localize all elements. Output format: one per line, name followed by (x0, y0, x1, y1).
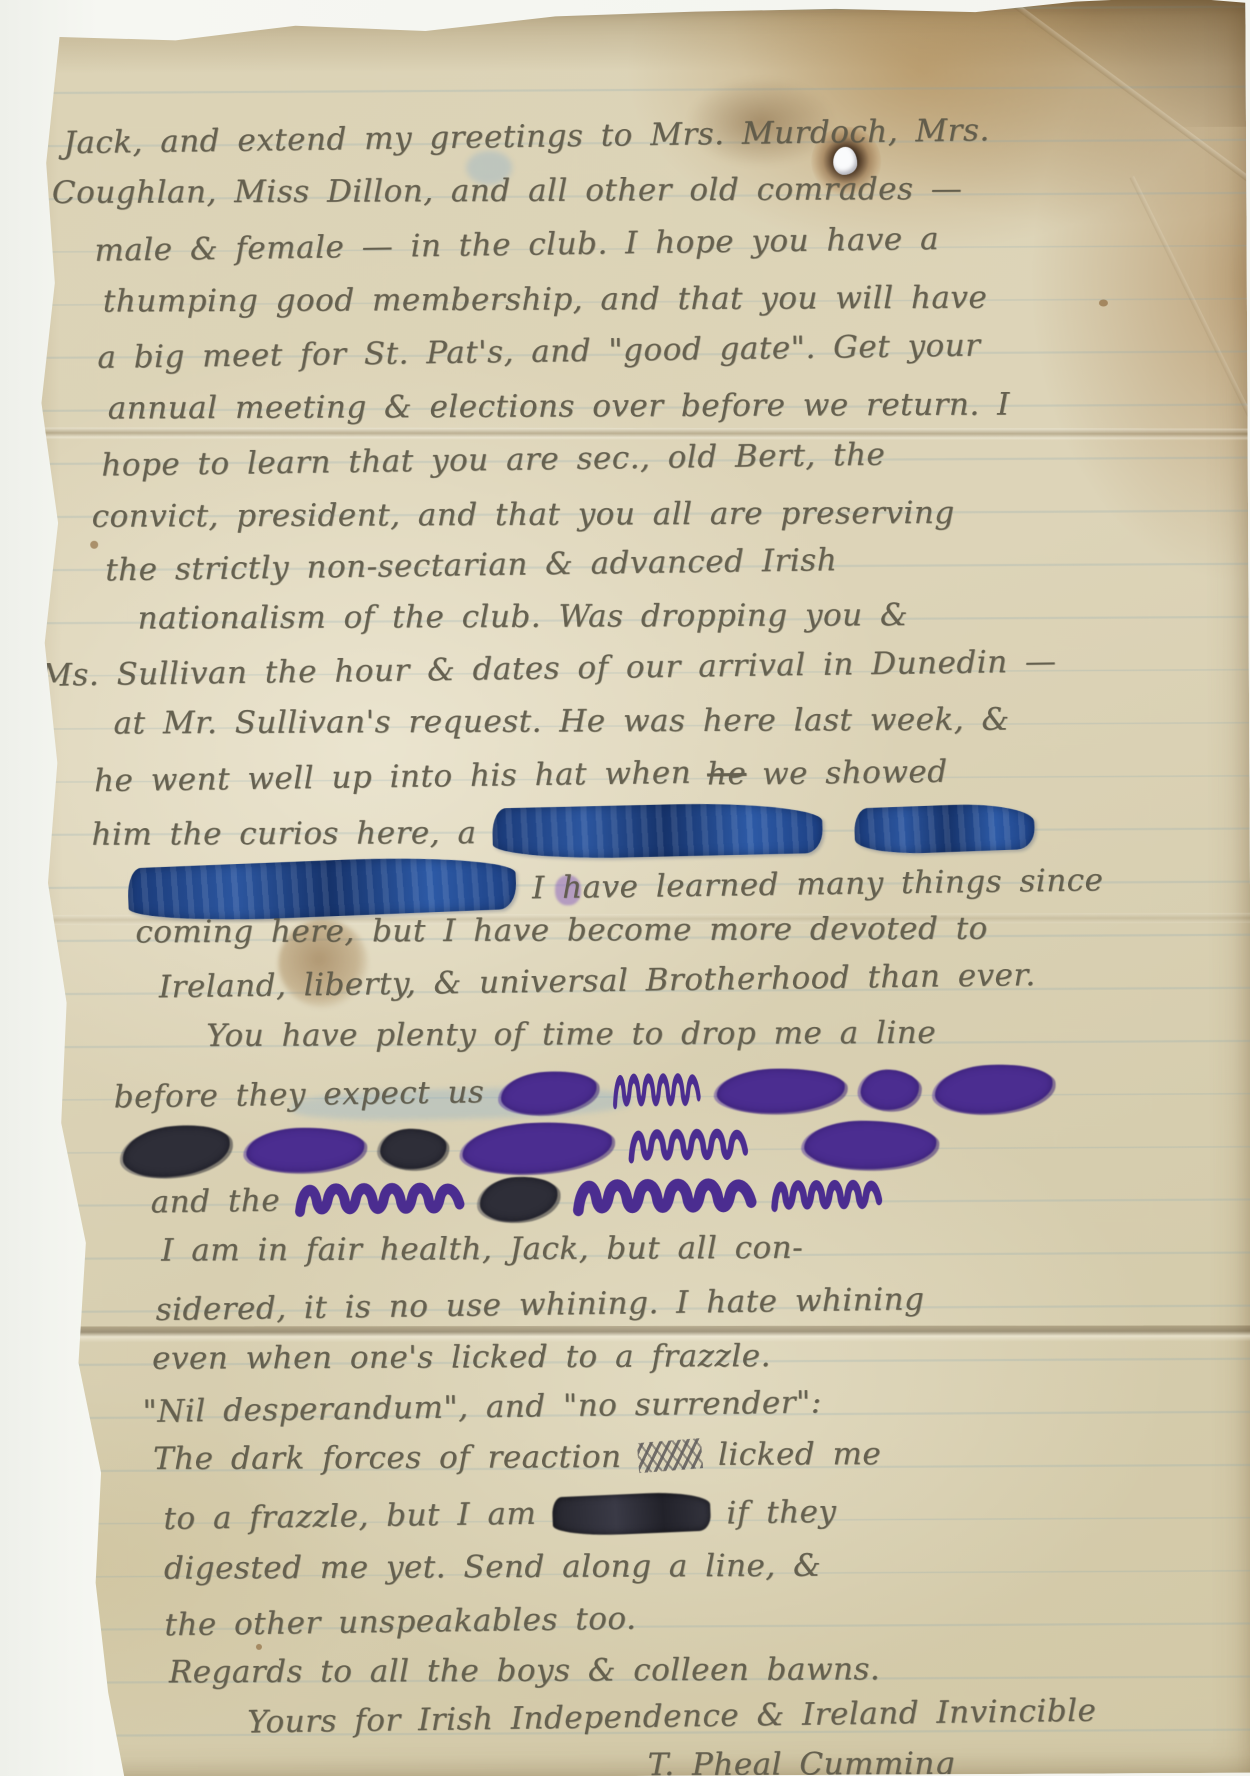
line-text: the other unspeakables too. (164, 1601, 636, 1644)
line-text: even when one's licked to a frazzle. (152, 1338, 771, 1377)
line-text: sidered, it is no use whining. I hate wh… (155, 1281, 924, 1328)
line-text: Coughlan, Miss Dillon, and all other old… (52, 171, 963, 211)
letter-line: at Mr. Sullivan's request. He was here l… (113, 700, 1009, 744)
letter-line: male & female — in the club. I hope you … (94, 223, 939, 266)
letter-line: the other unspeakables too. (164, 1602, 636, 1642)
letter-line: the strictly non-sectarian & advanced Ir… (105, 544, 837, 586)
letter-paper: Jack, and extend my greetings to Mrs. Mu… (0, 0, 1250, 1776)
letter-line: sidered, it is no use whining. I hate wh… (155, 1283, 924, 1326)
censor-bar-blue-ink (854, 801, 1036, 855)
line-text: You have plenty of time to drop me a lin… (206, 1015, 936, 1054)
line-text: he went well up into his hat when (94, 755, 692, 799)
crossed-out-word-scratch (636, 1438, 702, 1473)
line-text: the strictly non-sectarian & advanced Ir… (105, 542, 837, 588)
letter-line: digested me yet. Send along a line, & (164, 1546, 822, 1588)
letter-line: The dark forces of reaction licked me (153, 1436, 881, 1478)
line-text: at Mr. Sullivan's request. He was here l… (113, 702, 1009, 742)
letter-line: "Nil desperandum", and "no surrender": (142, 1386, 822, 1428)
line-text: Regards to all the boys & colleen bawns. (169, 1651, 881, 1690)
line-text: male & female — in the club. I hope you … (94, 221, 939, 269)
censor-scribble-purple (499, 1069, 597, 1117)
line-text: "Nil desperandum", and "no surrender": (142, 1385, 822, 1430)
censor-scribble-loops (612, 1068, 700, 1115)
line-text: I have learned many things since (532, 862, 1104, 906)
censor-scribble-loops (296, 1179, 464, 1220)
letter-line: Yours for Irish Independence & Ireland I… (247, 1695, 1096, 1738)
line-text: convict, president, and that you all are… (92, 495, 955, 535)
line-text: nationalism of the club. Was dropping yo… (138, 597, 909, 636)
letter-line: Ms. Sullivan the hour & dates of our arr… (40, 646, 1057, 691)
letter-line: hope to learn that you are sec., old Ber… (101, 439, 885, 482)
letter-line: thumping good membership, and that you w… (103, 278, 988, 322)
censor-scribble-black (479, 1175, 560, 1224)
letter-line: convict, president, and that you all are… (92, 493, 955, 537)
letter-line: I am in fair health, Jack, but all con- (161, 1228, 803, 1270)
letter-line: annual meeting & elections over before w… (108, 385, 1010, 429)
letter-line (122, 1119, 936, 1176)
letter-line: Jack, and extend my greetings to Mrs. Mu… (63, 115, 990, 159)
letter-line: before they expect us (114, 1064, 1053, 1120)
censor-blotch-black-ink (551, 1491, 711, 1538)
scanned-letter: Jack, and extend my greetings to Mrs. Mu… (0, 0, 1250, 1776)
line-text: him the curios here, a (91, 815, 476, 853)
line-text: before they expect us (114, 1074, 485, 1115)
line-text: I am in fair health, Jack, but all con- (161, 1230, 803, 1269)
censor-scribble-loops (772, 1177, 882, 1216)
letter-line: him the curios here, a (91, 801, 1034, 861)
censor-scribble-purple (859, 1068, 919, 1111)
line-text: The dark forces of reaction (153, 1439, 622, 1477)
censor-bar-blue-ink (492, 801, 823, 860)
line-text: Jack, and extend my greetings to Mrs. Mu… (63, 112, 990, 161)
letter-line: a big meet for St. Pat's, and "good gate… (97, 330, 980, 374)
line-text: Ireland, liberty, & universal Brotherhoo… (159, 957, 1036, 1005)
censor-scribble-loops (574, 1175, 756, 1221)
line-text: to a frazzle, but I am (163, 1496, 536, 1537)
letter-line: he went well up into his hat when he we … (94, 754, 948, 797)
letter-line: Coughlan, Miss Dillon, and all other old… (52, 169, 963, 213)
letter-line: even when one's licked to a frazzle. (152, 1337, 771, 1378)
letter-line: and the (151, 1174, 883, 1224)
signature-line: T. Pheal Cumming (648, 1745, 956, 1776)
line-text: and the (150, 1183, 280, 1221)
foxing-speck (69, 1471, 76, 1478)
letter-line: to a frazzle, but I am if they (163, 1492, 836, 1538)
line-text: a big meet for St. Pat's, and "good gate… (97, 328, 981, 376)
handwriting-layer: Jack, and extend my greetings to Mrs. Mu… (0, 0, 1250, 1776)
censor-scribble-loops (628, 1124, 748, 1169)
line-text: hope to learn that you are sec., old Ber… (101, 437, 886, 484)
line-text: Ms. Sullivan the hour & dates of our arr… (40, 644, 1057, 694)
line-text: annual meeting & elections over before w… (108, 387, 1010, 427)
censor-scribble-purple (246, 1127, 364, 1172)
censor-scribble-black (379, 1127, 447, 1170)
line-text: we showed (762, 754, 948, 793)
line-text: if they (726, 1494, 837, 1532)
line-text: digested me yet. Send along a line, & (164, 1548, 821, 1587)
letter-line: You have plenty of time to drop me a lin… (206, 1013, 936, 1055)
censor-scribble-purple (461, 1120, 613, 1176)
censor-scribble-purple (933, 1062, 1053, 1115)
crossed-out-word: he (707, 756, 747, 793)
censor-scribble-purple (804, 1119, 937, 1170)
signature: T. Pheal Cumming (648, 1746, 956, 1776)
line-text: coming here, but I have become more devo… (135, 911, 988, 951)
censor-scribble-black (120, 1121, 232, 1181)
letter-line: nationalism of the club. Was dropping yo… (137, 596, 908, 639)
censor-scribble-purple (716, 1068, 844, 1113)
letter-line: Regards to all the boys & colleen bawns. (169, 1650, 881, 1692)
line-text: licked me (717, 1436, 880, 1473)
letter-line: Ireland, liberty, & universal Brotherhoo… (159, 959, 1036, 1003)
closing-line: Yours for Irish Independence & Ireland I… (247, 1693, 1097, 1741)
line-text: thumping good membership, and that you w… (103, 280, 988, 320)
letter-line: coming here, but I have become more devo… (135, 909, 988, 952)
